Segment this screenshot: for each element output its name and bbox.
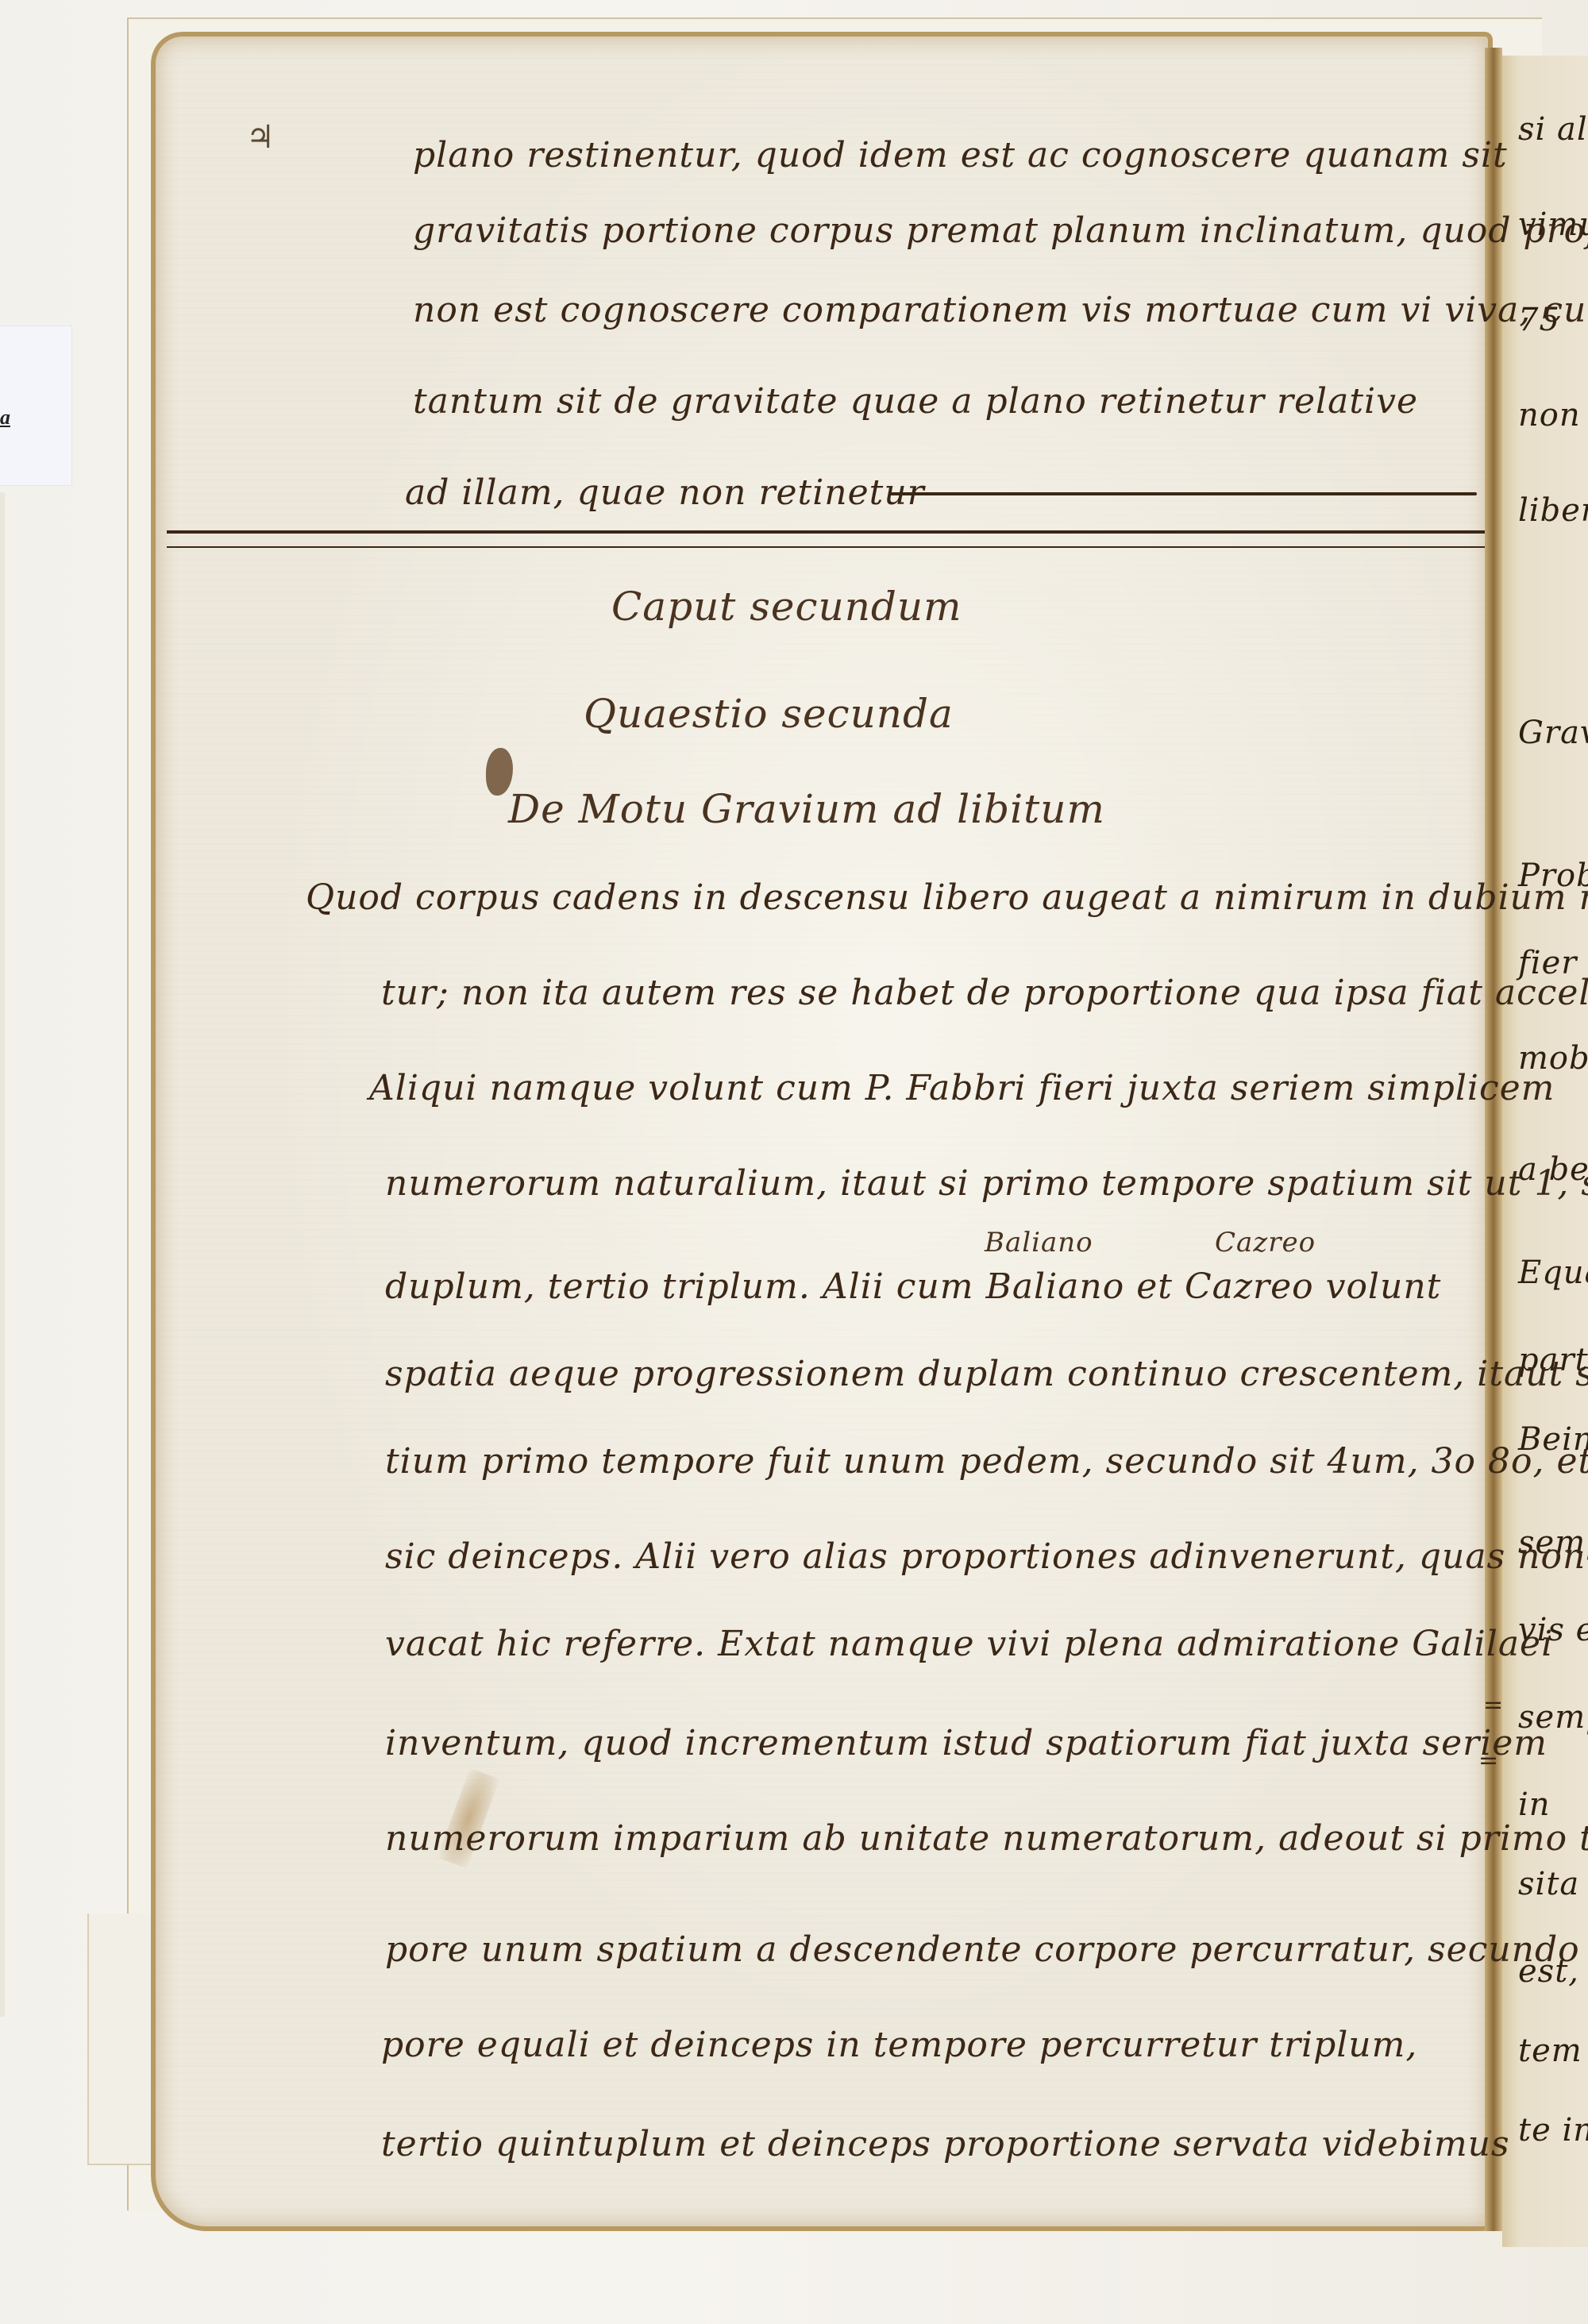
section-title: De Motu Gravium ad libitum — [508, 786, 1105, 832]
section-divider-thick — [167, 530, 1485, 534]
text-line: non est cognoscere comparationem vis mor… — [413, 290, 1588, 330]
text-line: ad illam, quae non retinetur — [405, 472, 925, 513]
text-line: tium primo tempore fuit unum pedem, secu… — [385, 1441, 1588, 1482]
text-line: pore unum spatium a descendente corpore … — [385, 1929, 1588, 1970]
facing-fragment: si ali — [1518, 111, 1588, 148]
text-line: tertio quintuplum et deinceps proportion… — [381, 2124, 1510, 2164]
text-line: tur; non ita autem res se habet de propo… — [381, 973, 1588, 1013]
facing-fragment: sita — [1518, 1866, 1579, 1902]
facing-fragment: liber — [1518, 492, 1588, 529]
text-line: plano restinentur, quod idem est ac cogn… — [413, 135, 1508, 175]
gutter-edge — [1485, 48, 1502, 2231]
catalog-label-text: a — [0, 406, 10, 430]
text-line: Quod corpus cadens in descensu libero au… — [306, 877, 1588, 918]
question-heading: Quaestio secunda — [584, 691, 954, 737]
manuscript-page — [151, 32, 1493, 2231]
text-line: pore equali et deinceps in tempore percu… — [381, 2025, 1417, 2065]
chapter-heading: Caput secundum — [611, 584, 962, 630]
text-line: numerorum imparium ab unitate numeratoru… — [385, 1818, 1588, 1859]
end-of-paragraph-rule — [889, 492, 1477, 495]
interlinear-correction: Cazreo — [1215, 1227, 1316, 1258]
facing-fragment: tem fi — [1518, 2033, 1588, 2069]
text-line: numerorum naturalium, itaut si primo tem… — [385, 1163, 1588, 1204]
margin-equals-mark: = — [1483, 1691, 1503, 1719]
facing-fragment: Grav — [1518, 715, 1588, 751]
text-line: spatia aeque progressionem duplam contin… — [385, 1354, 1588, 1394]
text-line: inventum, quod incrementum istud spatior… — [385, 1723, 1548, 1763]
text-line: duplum, tertio triplum. Alii cum Baliano… — [385, 1266, 1441, 1307]
facing-fragment: non — [1518, 397, 1581, 434]
text-line: vacat hic referre. Extat namque vivi ple… — [385, 1624, 1553, 1664]
catalog-label-card: a — [0, 326, 72, 486]
facing-page: si ali vimu 75 non liber Grav Probo fier… — [1502, 56, 1588, 2247]
text-line: gravitatis portione corpus premat planum… — [413, 210, 1588, 251]
facing-fragment: te in — [1518, 2112, 1588, 2149]
left-page-strip — [0, 492, 5, 2017]
interlinear-correction: Baliano — [985, 1227, 1093, 1258]
text-line: sic deinceps. Alii vero alias proportion… — [385, 1536, 1586, 1577]
facing-fragment: Equa — [1518, 1254, 1588, 1291]
section-divider-thin — [167, 546, 1485, 548]
margin-symbol: ♃ — [246, 119, 276, 156]
text-line: tantum sit de gravitate quae a plano ret… — [413, 381, 1418, 422]
text-line: Aliqui namque volunt cum P. Fabbri fieri… — [369, 1068, 1555, 1108]
